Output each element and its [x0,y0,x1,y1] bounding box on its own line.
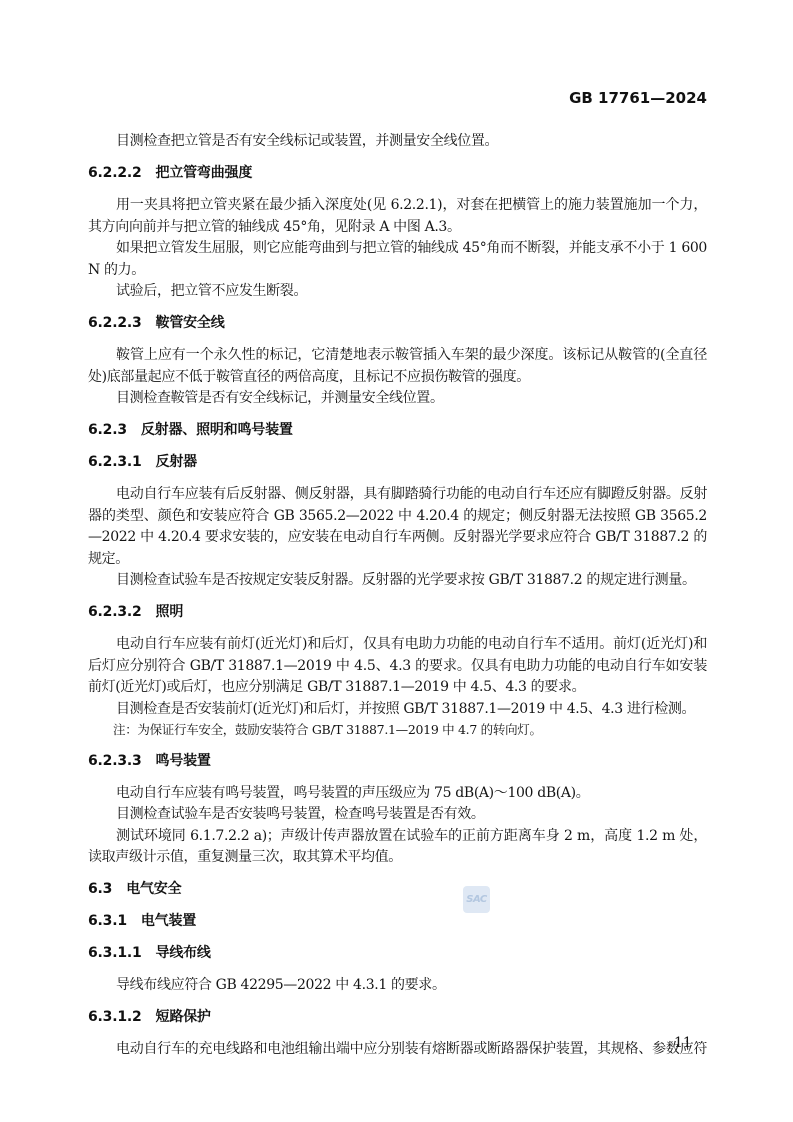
body-paragraph: 用一夹具将把立管夹紧在最少插入深度处(见 6.2.2.1)，对套在把横管上的施力… [88,195,707,238]
document-body: 目测检查把立管是否有安全线标记或装置，并测量安全线位置。6.2.2.2把立管弯曲… [88,131,707,1061]
section-heading-6-2-3-3: 6.2.3.3鸣号装置 [88,751,707,773]
section-title: 电气安全 [126,881,181,897]
body-paragraph: 试验后，把立管不应发生断裂。 [88,281,707,303]
section-heading-6-2-3: 6.2.3反射器、照明和鸣号装置 [88,420,707,442]
section-number: 6.2.3.2 [88,604,142,620]
body-paragraph: 目测检查试验车是否安装鸣号装置，检查鸣号装置是否有效。 [88,804,707,826]
section-heading-6-3-1-2: 6.3.1.2短路保护 [88,1007,707,1029]
body-paragraph: 目测检查鞍管是否有安全线标记，并测量安全线位置。 [88,388,707,410]
body-paragraph: 电动自行车应装有后反射器、侧反射器，具有脚踏骑行功能的电动自行车还应有脚蹬反射器… [88,484,707,570]
section-heading-6-2-3-1: 6.2.3.1反射器 [88,452,707,474]
body-paragraph: 鞍管上应有一个永久性的标记，它清楚地表示鞍管插入车架的最少深度。该标记从鞍管的(… [88,345,707,388]
body-paragraph: 目测检查试验车是否按规定安装反射器。反射器的光学要求按 GB/T 31887.2… [88,570,707,592]
note-text: 注：为保证行车安全，鼓励安装符合 GB/T 31887.1—2019 中 4.7… [88,720,707,740]
section-number: 6.3.1.2 [88,1009,142,1025]
body-paragraph: 目测检查把立管是否有安全线标记或装置，并测量安全线位置。 [88,131,707,153]
body-paragraph: 电动自行车的充电线路和电池组输出端中应分别装有熔断器或断路器保护装置，其规格、参… [88,1039,707,1061]
section-title: 鸣号装置 [156,753,211,769]
section-title: 照明 [156,604,184,620]
section-title: 反射器、照明和鸣号装置 [141,422,293,438]
section-heading-6-2-3-2: 6.2.3.2照明 [88,602,707,624]
body-paragraph: 如果把立管发生屈服，则它应能弯曲到与把立管的轴线成 45°角而不断裂，并能支承不… [88,238,707,281]
section-number: 6.3.1.1 [88,945,142,961]
section-heading-6-2-2-2: 6.2.2.2把立管弯曲强度 [88,163,707,185]
section-number: 6.3 [88,881,112,897]
section-heading-6-2-2-3: 6.2.2.3鞍管安全线 [88,313,707,335]
section-title: 导线布线 [156,945,211,961]
body-paragraph: 电动自行车应装有前灯(近光灯)和后灯，仅具有电助力功能的电动自行车不适用。前灯(… [88,634,707,699]
body-paragraph: 测试环境同 6.1.7.2.2 a)；声级计传声器放置在试验车的正前方距离车身 … [88,826,707,869]
section-title: 反射器 [156,454,197,470]
body-paragraph: 导线布线应符合 GB 42295—2022 中 4.3.1 的要求。 [88,975,707,997]
section-number: 6.2.2.3 [88,315,142,331]
body-paragraph: 目测检查是否安装前灯(近光灯)和后灯，并按照 GB/T 31887.1—2019… [88,699,707,721]
section-title: 电气装置 [141,913,196,929]
section-number: 6.2.3.1 [88,454,142,470]
section-heading-6-3-1-1: 6.3.1.1导线布线 [88,943,707,965]
document-page: GB 17761—2024 目测检查把立管是否有安全线标记或装置，并测量安全线位… [0,0,793,1122]
section-number: 6.2.2.2 [88,165,142,181]
section-heading-6-3: 6.3电气安全 [88,879,707,901]
section-number: 6.2.3 [88,422,127,438]
section-title: 鞍管安全线 [156,315,225,331]
standard-number-header: GB 17761—2024 [88,90,707,106]
sac-watermark-logo: SAC [463,886,490,913]
section-title: 把立管弯曲强度 [156,165,253,181]
section-heading-6-3-1: 6.3.1电气装置 [88,911,707,933]
sac-watermark-text: SAC [466,894,486,905]
body-paragraph: 电动自行车应装有鸣号装置，鸣号装置的声压级应为 75 dB(A)～100 dB(… [88,783,707,805]
page-number: 11 [674,1033,692,1055]
section-number: 6.2.3.3 [88,753,142,769]
section-number: 6.3.1 [88,913,127,929]
section-title: 短路保护 [156,1009,211,1025]
